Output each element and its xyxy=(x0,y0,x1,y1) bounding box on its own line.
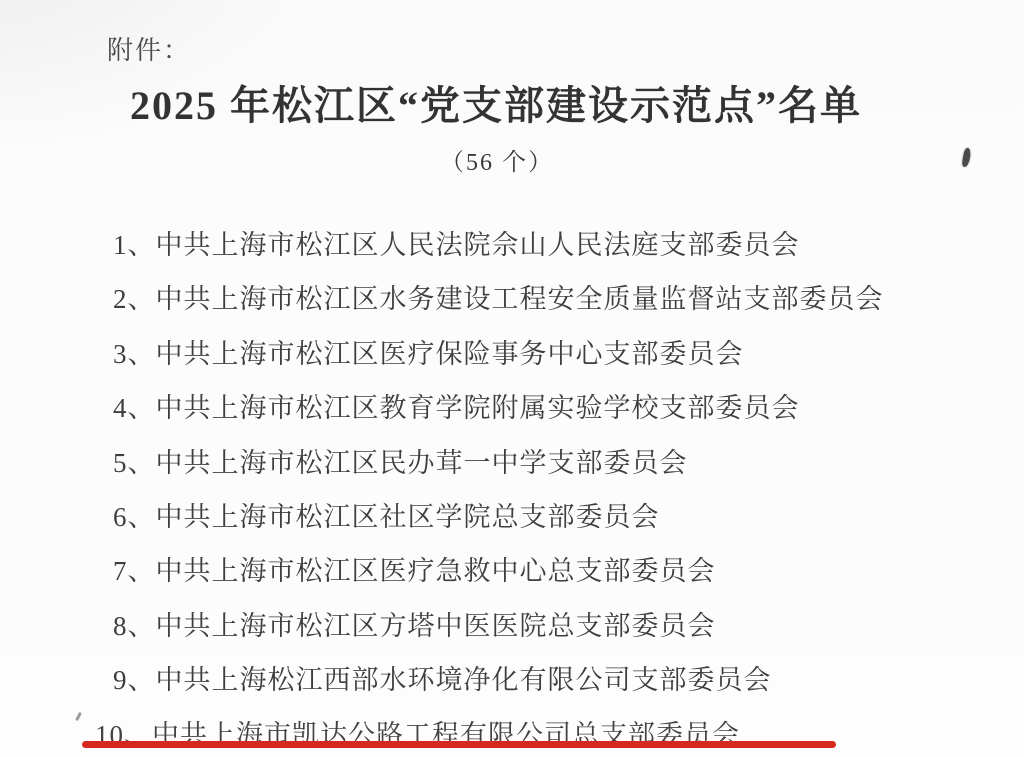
item-number: 5、 xyxy=(113,448,156,478)
item-text: 中共上海市松江区医疗急救中心总支部委员会 xyxy=(156,556,716,586)
page-subtitle: （56 个） xyxy=(0,142,1009,177)
list-item: 7、中共上海市松江区医疗急救中心总支部委员会 xyxy=(113,544,973,598)
item-text: 中共上海市松江区教育学院附属实验学校支部委员会 xyxy=(156,393,800,423)
item-text: 中共上海市松江区人民法院佘山人民法庭支部委员会 xyxy=(156,230,800,260)
item-text: 中共上海市松江区方塔中医医院总支部委员会 xyxy=(156,611,716,641)
item-number: 9、 xyxy=(113,665,156,695)
item-text: 中共上海松江西部水环境净化有限公司支部委员会 xyxy=(156,665,772,695)
page-title: 2025 年松江区“党支部建设示范点”名单 xyxy=(0,74,1008,131)
list-item: 1、中共上海市松江区人民法院佘山人民法庭支部委员会 xyxy=(113,218,973,272)
document-page: 附件： 2025 年松江区“党支部建设示范点”名单 （56 个） 1、中共上海市… xyxy=(0,0,1024,757)
branch-list: 1、中共上海市松江区人民法院佘山人民法庭支部委员会 2、中共上海市松江区水务建设… xyxy=(113,218,973,757)
list-item: 5、中共上海市松江区民办茸一中学支部委员会 xyxy=(113,436,973,490)
item-number: 7、 xyxy=(113,556,156,586)
list-item: 3、中共上海市松江区医疗保险事务中心支部委员会 xyxy=(113,327,973,381)
list-item: 9、中共上海松江西部水环境净化有限公司支部委员会 xyxy=(113,653,973,707)
item-text: 中共上海市松江区医疗保险事务中心支部委员会 xyxy=(156,339,744,369)
item-text: 中共上海市松江区社区学院总支部委员会 xyxy=(156,502,660,532)
item-number: 6、 xyxy=(113,502,156,532)
item-text: 中共上海市松江区民办茸一中学支部委员会 xyxy=(156,448,688,478)
item-number: 8、 xyxy=(113,611,156,641)
list-item: 6、中共上海市松江区社区学院总支部委员会 xyxy=(113,490,973,544)
attachment-label: 附件： xyxy=(107,30,191,67)
list-item: 8、中共上海市松江区方塔中医医院总支部委员会 xyxy=(113,599,973,653)
item-number: 1、 xyxy=(113,230,156,260)
item-number: 3、 xyxy=(113,339,156,369)
item-text: 中共上海市松江区水务建设工程安全质量监督站支部委员会 xyxy=(156,284,884,314)
item-number: 2、 xyxy=(113,284,156,314)
list-item: 10、中共上海市凯达公路工程有限公司总支部委员会 xyxy=(95,708,973,757)
list-item: 2、中共上海市松江区水务建设工程安全质量监督站支部委员会 xyxy=(113,272,973,326)
list-item: 4、中共上海市松江区教育学院附属实验学校支部委员会 xyxy=(113,381,973,435)
red-underline-annotation xyxy=(82,741,836,748)
item-number: 4、 xyxy=(113,393,156,423)
stray-tick-mark xyxy=(75,712,82,721)
